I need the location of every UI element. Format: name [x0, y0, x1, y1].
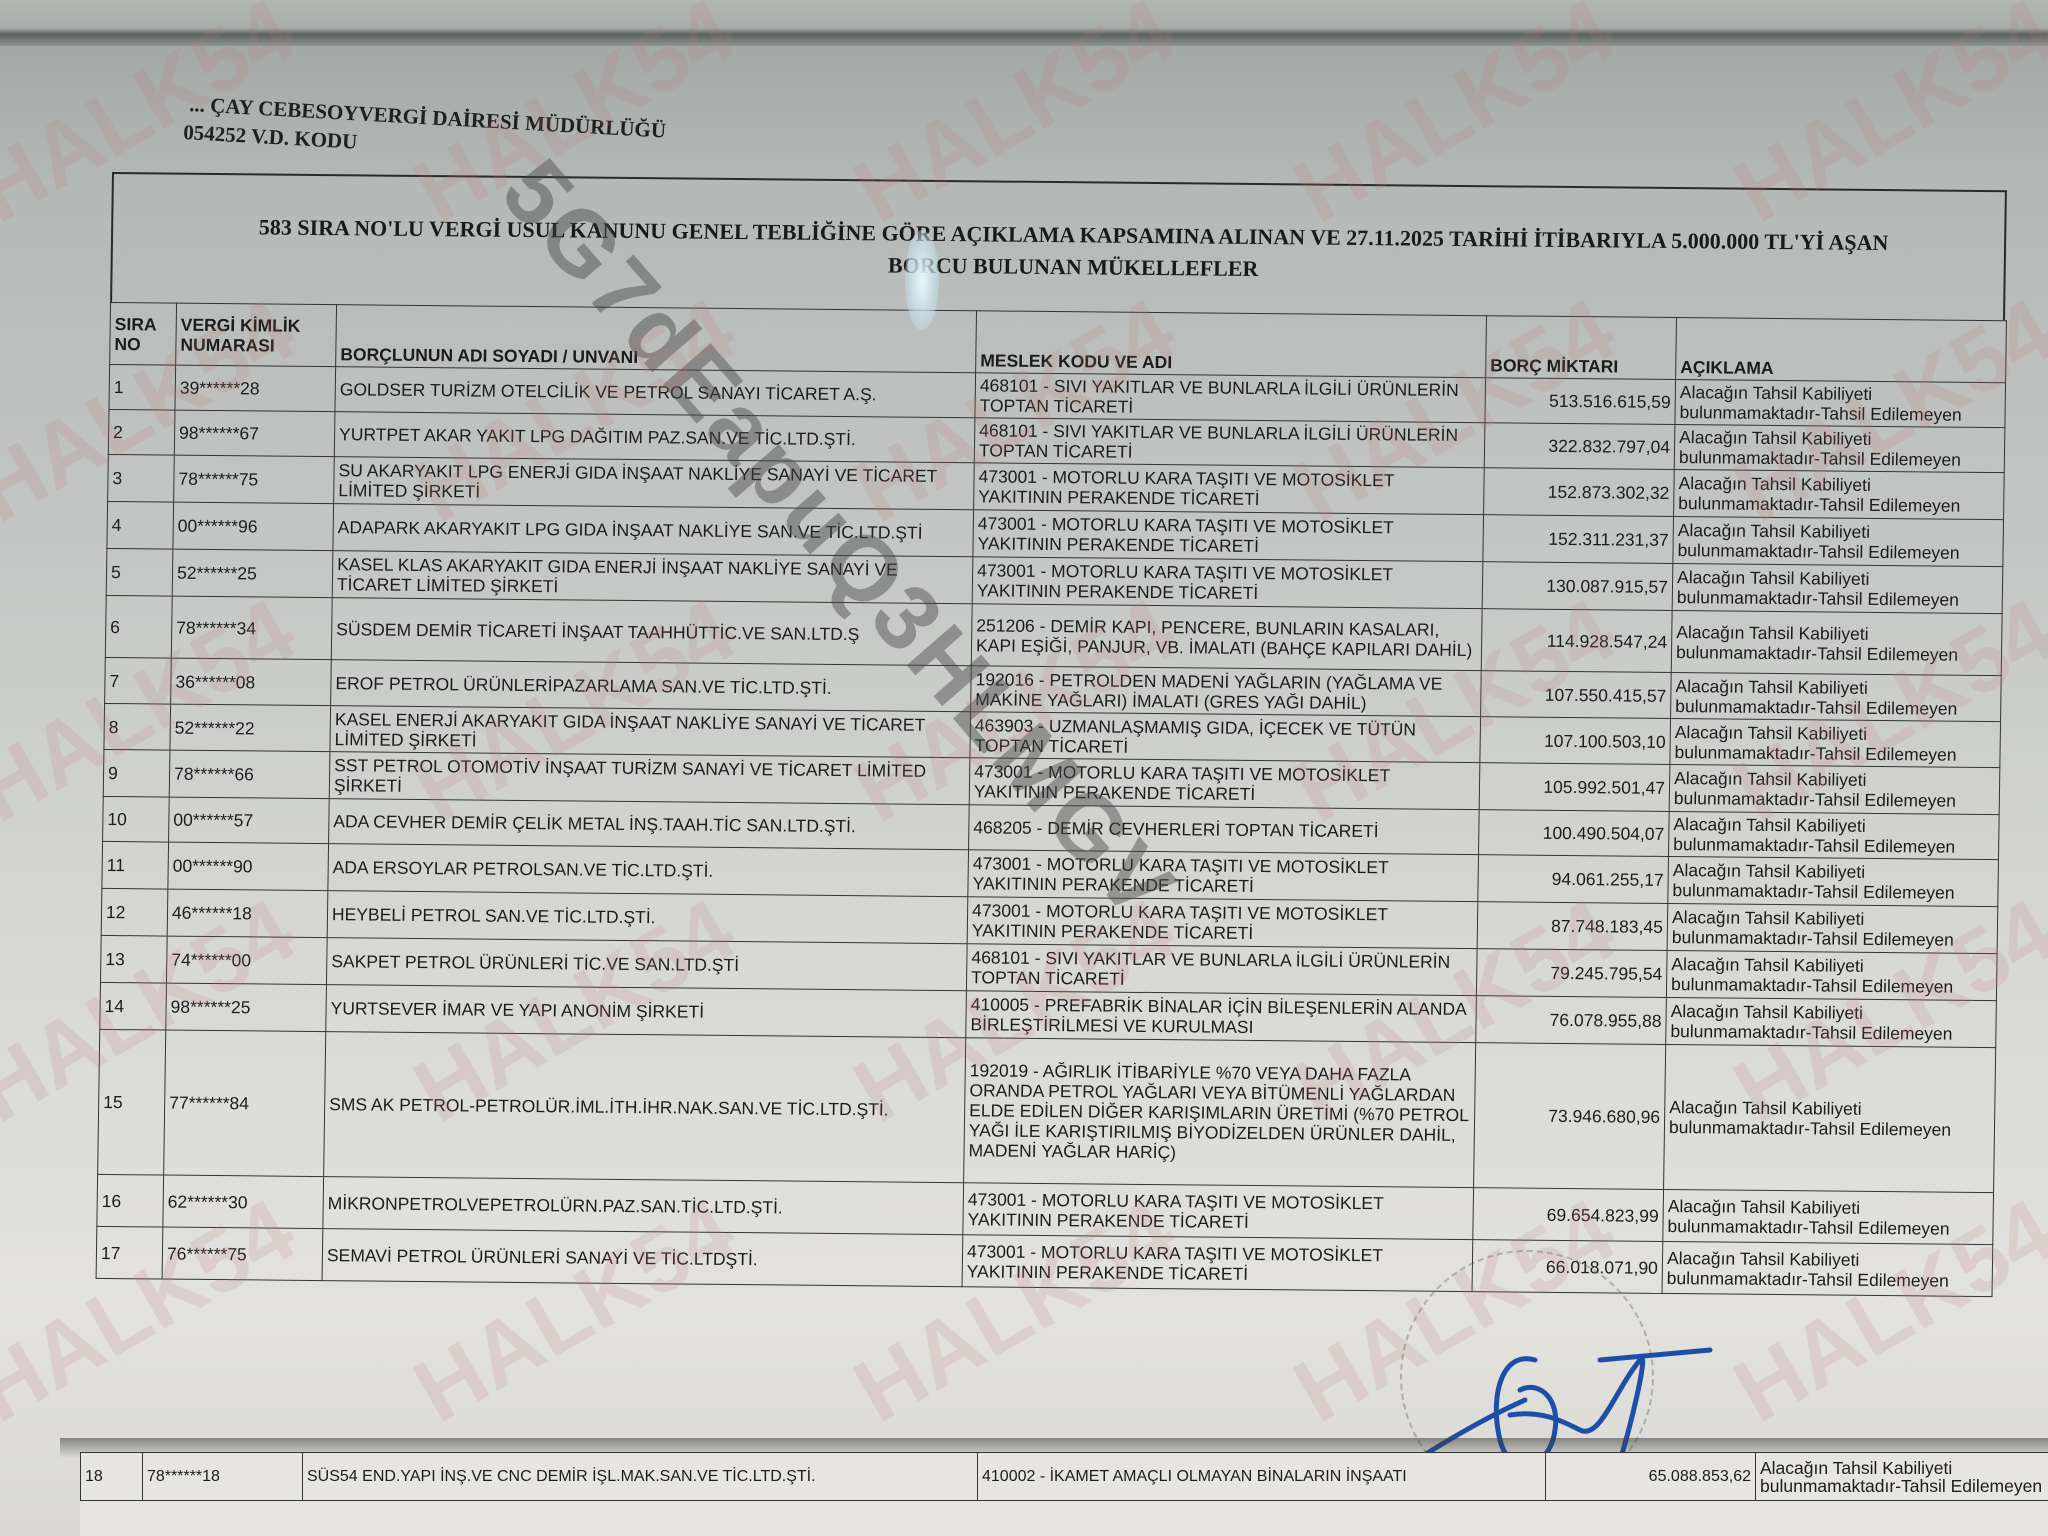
col-vkn: VERGİ KİMLİK NUMARASI	[176, 303, 337, 367]
row-aciklama: Alacağın Tahsil Kabiliyeti bulunmamaktad…	[1671, 672, 2002, 721]
row-meslek: 251206 - DEMİR KAPI, PENCERE, BUNLARIN K…	[971, 604, 1482, 671]
row-aciklama: Alacağın Tahsil Kabiliyeti bulunmamaktad…	[1674, 425, 2005, 473]
row-vkn: 98******67	[174, 410, 335, 457]
row-meslek: 473001 - MOTORLU KARA TAŞITI VE MOTOSİKL…	[963, 1183, 1474, 1240]
col-aciklama: AÇIKLAMA	[1676, 318, 2007, 383]
row-name: KASEL KLAS AKARYAKIT GIDA ENERJİ İNŞAAT …	[332, 551, 973, 604]
row-vkn: 36******08	[171, 658, 332, 706]
row-borc: 69.654.823,99	[1473, 1188, 1664, 1242]
row-aciklama: Alacağın Tahsil Kabiliyeti bulunmamaktad…	[1662, 1241, 1993, 1296]
row-borc: 65.088.853,62	[1546, 1453, 1756, 1501]
row-vkn: 62******30	[163, 1175, 324, 1229]
row-aciklama: Alacağın Tahsil Kabiliyeti bulunmamaktad…	[1663, 1189, 1994, 1244]
row-name: ADAPARK AKARYAKIT LPG GIDA İNŞAAT NAKLİY…	[333, 504, 974, 557]
row-aciklama: Alacağın Tahsil Kabiliyeti bulunmamaktad…	[1668, 856, 1999, 906]
row-meslek: 468101 - SIVI YAKITLAR VE BUNLARLA İLGİL…	[974, 418, 1485, 468]
row-meslek: 468101 - SIVI YAKITLAR VE BUNLARLA İLGİL…	[975, 373, 1486, 423]
row-meslek: 473001 - MOTORLU KARA TAŞITI VE MOTOSİKL…	[969, 758, 1480, 810]
row-meslek: 473001 - MOTORLU KARA TAŞITI VE MOTOSİKL…	[962, 1235, 1473, 1292]
row-meslek: 473001 - MOTORLU KARA TAŞITI VE MOTOSİKL…	[972, 557, 1483, 609]
row-vkn: 74******00	[166, 936, 327, 985]
row-aciklama: Alacağın Tahsil Kabiliyeti bulunmamaktad…	[1666, 997, 1997, 1047]
row-name: SEMAVİ PETROL ÜRÜNLERİ SANAYİ VE TİC.LTD…	[322, 1229, 963, 1287]
row-aciklama: Alacağın Tahsil Kabiliyeti bulunmamaktad…	[1669, 764, 2000, 814]
row-meslek: 192019 - AĞIRLIK İTİBARİYLE %70 VEYA DAH…	[964, 1038, 1476, 1188]
row-meslek: 468101 - SIVI YAKITLAR VE BUNLARLA İLGİL…	[966, 944, 1477, 996]
row-name: SMS AK PETROL-PETROLÜR.İML.İTH.İHR.NAK.S…	[324, 1032, 966, 1183]
row-name: KASEL ENERJİ AKARYAKIT GIDA İNŞAAT NAKLİ…	[330, 706, 971, 758]
row-no: 7	[105, 657, 172, 704]
row-meslek: 468205 - DEMİR CEVHERLERİ TOPTAN TİCARET…	[969, 805, 1480, 855]
row-vkn: 77******84	[164, 1030, 326, 1177]
row-borc: 152.311.231,37	[1483, 515, 1674, 564]
row-borc: 73.946.680,96	[1474, 1043, 1666, 1190]
row-name: YURTPET AKAR YAKIT LPG DAĞITIM PAZ.SAN.V…	[334, 412, 975, 463]
col-sira-no: SIRA NO	[110, 302, 177, 365]
row-name: ADA ERSOYLAR PETROLSAN.VE TİC.LTD.ŞTİ.	[328, 844, 969, 897]
row-vkn: 52******22	[170, 704, 331, 752]
debtor-table: SIRA NO VERGİ KİMLİK NUMARASI BORÇLUNUN …	[96, 302, 2007, 1297]
row-meslek: 473001 - MOTORLU KARA TAŞITI VE MOTOSİKL…	[968, 850, 1479, 902]
row-borc: 130.087.915,57	[1482, 562, 1673, 611]
row-meslek: 473001 - MOTORLU KARA TAŞITI VE MOTOSİKL…	[967, 897, 1478, 949]
row-borc: 100.490.504,07	[1479, 810, 1670, 857]
row-borc: 114.928.547,24	[1481, 609, 1672, 673]
row-meslek: 192016 - PETROLDEN MADENİ YAĞLARIN (YAĞL…	[971, 666, 1482, 717]
row-borc: 107.550.415,57	[1481, 671, 1672, 719]
row-aciklama: Alacağın Tahsil Kabiliyeti bulunmamaktad…	[1670, 718, 2001, 767]
row-aciklama: Alacağın Tahsil Kabiliyeti bulunmamaktad…	[1666, 950, 1997, 1000]
lower-document-sheet: 1878******18SÜS54 END.YAPI İNŞ.VE CNC DE…	[80, 1452, 2048, 1536]
col-borc: BORÇ MİKTARI	[1486, 316, 1677, 380]
row-aciklama: Alacağın Tahsil Kabiliyeti bulunmamaktad…	[1674, 470, 2005, 520]
row-no: 13	[100, 935, 167, 983]
row-aciklama: Alacağın Tahsil Kabiliyeti bulunmamaktad…	[1668, 811, 1999, 859]
row-vkn: 00******90	[168, 842, 329, 891]
row-vkn: 39******28	[175, 365, 336, 412]
row-aciklama: Alacağın Tahsil Kabiliyeti bulunmamaktad…	[1664, 1044, 1996, 1192]
row-name: SÜSDEM DEMİR TİCARETİ İNŞAAT TAAHHÜTTİC.…	[331, 598, 972, 666]
tax-office-code: 054252 V.D. KODU	[183, 120, 358, 155]
row-no: 18	[81, 1453, 143, 1501]
row-name: SU AKARYAKIT LPG ENERJİ GIDA İNŞAAT NAKL…	[334, 457, 975, 510]
row-name: ADA CEVHER DEMİR ÇELİK METAL İNŞ.TAAH.Tİ…	[329, 799, 970, 850]
list-title-box: 583 SIRA NO'LU VERGİ USUL KANUNU GENEL T…	[110, 172, 2007, 320]
row-meslek: 473001 - MOTORLU KARA TAŞITI VE MOTOSİKL…	[974, 463, 1485, 515]
row-vkn: 76******75	[162, 1227, 323, 1281]
row-meslek: 410005 - PREFABRİK BİNALAR İÇİN BİLEŞENL…	[966, 991, 1477, 1043]
row-aciklama: Alacağın Tahsil Kabiliyeti bulunmamaktad…	[1672, 564, 2003, 614]
row-meslek: 463903 - UZMANLAŞMAMIŞ GIDA, İÇECEK VE T…	[970, 712, 1481, 763]
row-aciklama: Alacağın Tahsil Kabiliyeti bulunmamaktad…	[1675, 380, 2006, 428]
row-no: 14	[100, 982, 167, 1030]
col-meslek: MESLEK KODU VE ADI	[976, 311, 1487, 378]
row-no: 11	[102, 841, 169, 889]
row-vkn: 52******25	[172, 549, 333, 598]
row-no: 9	[103, 749, 170, 797]
row-aciklama: Alacağın Tahsil Kabiliyeti bulunmamaktad…	[1756, 1453, 2048, 1501]
row-vkn: 78******75	[174, 455, 335, 504]
row-name: EROF PETROL ÜRÜNLERİPAZARLAMA SAN.VE TİC…	[331, 660, 972, 712]
row-no: 16	[97, 1174, 164, 1227]
row-vkn: 00******96	[173, 502, 334, 551]
row-vkn: 00******57	[169, 797, 330, 844]
row-name: HEYBELİ PETROL SAN.VE TİC.LTD.ŞTİ.	[327, 891, 968, 944]
table-row: 1577******84SMS AK PETROL-PETROLÜR.İML.İ…	[98, 1029, 1996, 1192]
row-borc: 94.061.255,17	[1478, 855, 1669, 904]
row-no: 15	[98, 1029, 166, 1175]
row-meslek: 410002 - İKAMET AMAÇLI OLMAYAN BİNALARIN…	[978, 1453, 1546, 1501]
col-name: BORÇLUNUN ADI SOYADI / UNVANI	[336, 305, 977, 373]
row-borc: 66.018.071,90	[1472, 1240, 1663, 1294]
row-aciklama: Alacağın Tahsil Kabiliyeti bulunmamaktad…	[1673, 517, 2004, 567]
row-no: 8	[104, 703, 171, 750]
row-name: YURTSEVER İMAR VE YAPI ANONİM ŞİRKETİ	[326, 985, 967, 1038]
row-borc: 105.992.501,47	[1479, 763, 1670, 812]
row-borc: 513.516.615,59	[1485, 378, 1676, 425]
row-borc: 152.873.302,32	[1484, 468, 1675, 517]
row-name: GOLDSER TURİZM OTELCİLİK VE PETROL SANAY…	[335, 367, 976, 418]
row-aciklama: Alacağın Tahsil Kabiliyeti bulunmamaktad…	[1667, 903, 1998, 953]
row-borc: 76.078.955,88	[1476, 996, 1667, 1045]
row-no: 3	[108, 454, 175, 502]
row-no: 12	[101, 888, 168, 936]
row-no: 6	[105, 595, 172, 658]
row-no: 1	[109, 364, 176, 410]
row-borc: 107.100.503,10	[1480, 717, 1671, 765]
row-no: 5	[106, 548, 173, 596]
row-no: 10	[103, 796, 170, 842]
row-name: SÜS54 END.YAPI İNŞ.VE CNC DEMİR İŞL.MAK.…	[303, 1453, 978, 1501]
row-borc: 79.245.795,54	[1476, 949, 1667, 998]
row-vkn: 78******66	[169, 750, 330, 799]
row-vkn: 98******25	[166, 983, 327, 1032]
row-no: 4	[107, 501, 174, 549]
row-name: MİKRONPETROLVEPETROLÜRN.PAZ.SAN.TİC.LTD.…	[323, 1177, 964, 1235]
row-borc: 87.748.183,45	[1477, 902, 1668, 951]
row-no: 17	[96, 1226, 163, 1279]
row-borc: 322.832.797,04	[1484, 423, 1675, 470]
debtor-list: 583 SIRA NO'LU VERGİ USUL KANUNU GENEL T…	[96, 172, 2007, 1297]
row-vkn: 78******34	[171, 596, 332, 660]
row-no: 2	[108, 409, 175, 455]
lower-debtor-table: 1878******18SÜS54 END.YAPI İNŞ.VE CNC DE…	[80, 1452, 2048, 1501]
list-title: 583 SIRA NO'LU VERGİ USUL KANUNU GENEL T…	[152, 210, 1994, 292]
row-name: SAKPET PETROL ÜRÜNLERİ TİC.VE SAN.LTD.ŞT…	[326, 938, 967, 991]
row-aciklama: Alacağın Tahsil Kabiliyeti bulunmamaktad…	[1671, 610, 2002, 675]
row-vkn: 46******18	[167, 889, 328, 938]
row-vkn: 78******18	[143, 1453, 303, 1501]
row-name: SST PETROL OTOMOTİV İNŞAAT TURİZM SANAYİ…	[329, 752, 970, 805]
row-meslek: 473001 - MOTORLU KARA TAŞITI VE MOTOSİKL…	[973, 510, 1484, 562]
table-row: 1878******18SÜS54 END.YAPI İNŞ.VE CNC DE…	[81, 1453, 2048, 1501]
